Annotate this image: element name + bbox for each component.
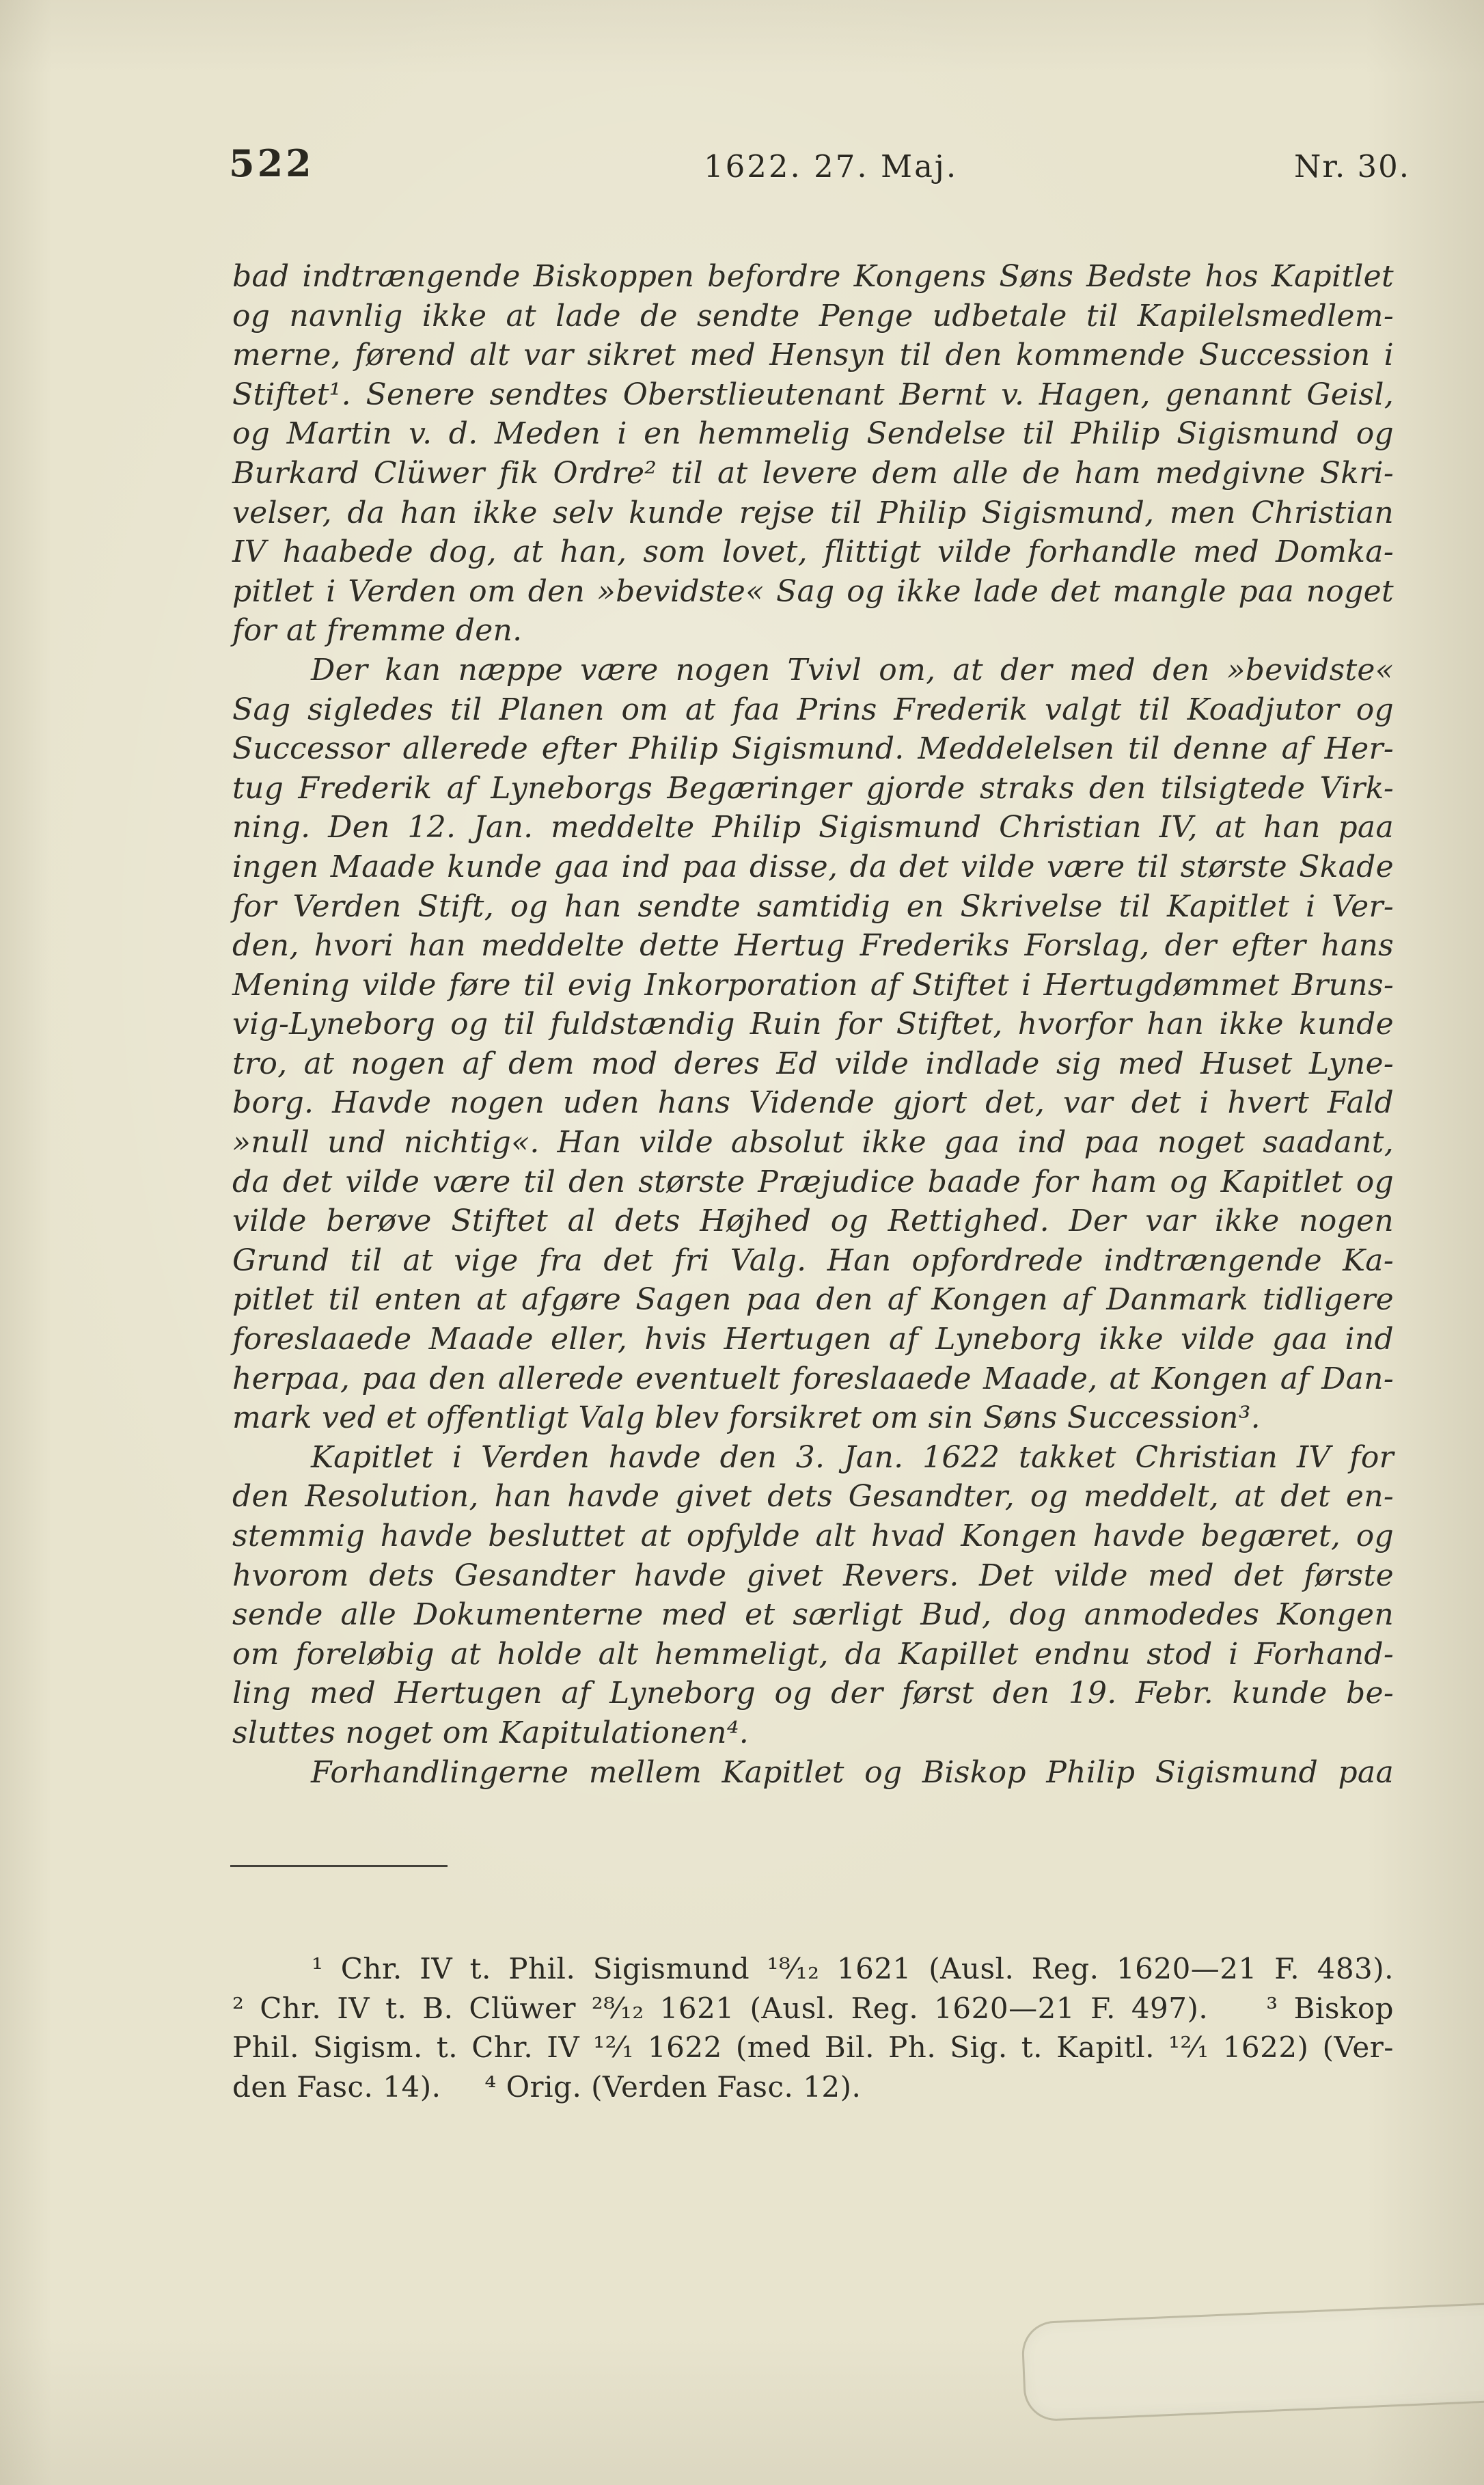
text-line: sende alle Dokumenterne med et særligt B… [232, 1595, 1394, 1635]
text-line: pitlet til enten at afgøre Sagen paa den… [232, 1280, 1394, 1320]
text-line: og Martin v. d. Meden i en hemmelig Send… [232, 414, 1394, 454]
page-number: 522 [229, 145, 314, 182]
footnote-separator-rule [230, 1865, 448, 1867]
body-text: bad indtrængende Biskoppen befordre Kong… [232, 257, 1394, 1792]
text-line: »null und nichtig«. Han vilde absolut ik… [232, 1123, 1394, 1163]
text-line: Mening vilde føre til evig Inkorporation… [232, 966, 1394, 1005]
label-imprint [1021, 2298, 1484, 2421]
text-line: for Verden Stift, og han sendte samtidig… [232, 887, 1394, 927]
text-line: ingen Maade kunde gaa ind paa disse, da … [232, 847, 1394, 887]
text-line: Kapitlet i Verden havde den 3. Jan. 1622… [232, 1438, 1394, 1478]
text-line: herpaa, paa den allerede eventuelt fores… [232, 1359, 1394, 1399]
document-number: Nr. 30. [1294, 151, 1410, 182]
footnotes: ¹ Chr. IV t. Phil. Sigismund ¹⁸⁄₁₂ 1621 … [232, 1949, 1394, 2106]
text-line: Successor allerede efter Philip Sigismun… [232, 729, 1394, 769]
text-line: mark ved et offentligt Valg blev forsikr… [232, 1398, 1394, 1438]
text-line: den, hvori han meddelte dette Hertug Fre… [232, 926, 1394, 966]
text-line: foreslaaede Maade eller, hvis Hertugen a… [232, 1320, 1394, 1359]
header-date: 1622. 27. Maj. [704, 151, 958, 182]
text-line: Grund til at vige fra det fri Valg. Han … [232, 1241, 1394, 1281]
text-line: Sag sigledes til Planen om at faa Prins … [232, 690, 1394, 730]
scanned-book-page: { "colors": { "paper": "#e8e4ce", "ink":… [0, 0, 1484, 2485]
text-line: sluttes noget om Kapitulationen⁴. [232, 1713, 1394, 1753]
text-line: tug Frederik af Lyneborgs Begæringer gjo… [232, 769, 1394, 809]
text-line: bad indtrængende Biskoppen befordre Kong… [232, 257, 1394, 297]
text-line: tro, at nogen af dem mod deres Ed vilde … [232, 1044, 1394, 1084]
text-line: vig-Lyneborg og til fuldstændig Ruin for… [232, 1005, 1394, 1044]
text-line: hvorom dets Gesandter havde givet Revers… [232, 1556, 1394, 1596]
text-line: stemmig havde besluttet at opfylde alt h… [232, 1517, 1394, 1556]
text-line: Burkard Clüwer fik Ordre² til at levere … [232, 454, 1394, 493]
footnote-line: ¹ Chr. IV t. Phil. Sigismund ¹⁸⁄₁₂ 1621 … [232, 1949, 1394, 1989]
text-line: Forhandlingerne mellem Kapitlet og Bisko… [232, 1753, 1394, 1793]
text-line: Der kan næppe være nogen Tvivl om, at de… [232, 651, 1394, 690]
footnote-line: ² Chr. IV t. B. Clüwer ²⁸⁄₁₂ 1621 (Ausl.… [232, 1989, 1394, 2028]
text-line: da det vilde være til den største Præjud… [232, 1163, 1394, 1202]
text-line: Stiftet¹. Senere sendtes Oberstlieutenan… [232, 375, 1394, 415]
text-line: merne, førend alt var sikret med Hensyn … [232, 336, 1394, 375]
text-line: velser, da han ikke selv kunde rejse til… [232, 493, 1394, 533]
footnote-line: Phil. Sigism. t. Chr. IV ¹²⁄₁ 1622 (med … [232, 2028, 1394, 2067]
text-line: den Resolution, han havde givet dets Ges… [232, 1477, 1394, 1517]
text-line: om foreløbig at holde alt hemmeligt, da … [232, 1635, 1394, 1674]
text-line: IV haabede dog, at han, som lovet, flitt… [232, 532, 1394, 572]
text-line: ning. Den 12. Jan. meddelte Philip Sigis… [232, 808, 1394, 847]
text-line: for at fremme den. [232, 611, 1394, 651]
text-line: borg. Havde nogen uden hans Vidende gjor… [232, 1083, 1394, 1123]
text-line: pitlet i Verden om den »bevidste« Sag og… [232, 572, 1394, 612]
text-line: ling med Hertugen af Lyneborg og der før… [232, 1674, 1394, 1713]
footnote-line: den Fasc. 14). ⁴ Orig. (Verden Fasc. 12)… [232, 2067, 1394, 2107]
text-line: og navnlig ikke at lade de sendte Penge … [232, 297, 1394, 336]
text-line: vilde berøve Stiftet al dets Højhed og R… [232, 1201, 1394, 1241]
